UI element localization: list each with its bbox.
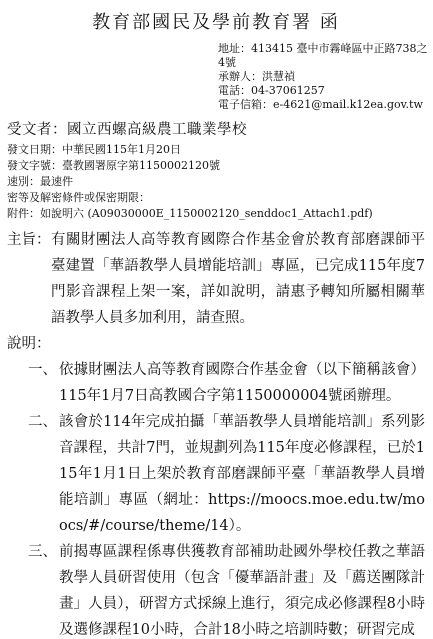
meta-security: 密等及解密條件或保密期限： xyxy=(7,190,425,206)
item-2-label: 二、 xyxy=(28,409,59,539)
item-1-text: 依據財團法人高等教育國際合作基金會（以下簡稱該會）115年1月7日高教國合字第1… xyxy=(59,357,425,409)
explanation-item-2: 二、 該會於114年完成拍攝「華語教學人員增能培訓」系列影音課程，共計7門，並規… xyxy=(28,409,425,539)
item-1-label: 一、 xyxy=(28,357,59,409)
meta-attachment: 附件：如說明六 (A09030000E_1150002120_senddoc1_… xyxy=(7,206,425,222)
meta-doc-number: 發文字號：臺教國署原字第1150002120號 xyxy=(7,158,425,174)
meta-block: 發文日期：中華民國115年1月20日 發文字號：臺教國署原字第115000212… xyxy=(7,142,425,222)
subject-label: 主旨： xyxy=(7,227,51,331)
explanation-label: 說明： xyxy=(7,331,425,357)
item-3-text: 前揭專區課程係專供獲教育部補助赴國外學校任教之華語教學人員研習使用（包含「優華語… xyxy=(59,539,425,639)
meta-date: 發文日期：中華民國115年1月20日 xyxy=(7,142,425,158)
recipient-line: 受文者：國立西螺高級農工職業學校 xyxy=(7,120,425,140)
contact-phone: 電話：04-37061257 xyxy=(218,84,430,98)
meta-priority: 速別：最速件 xyxy=(7,174,425,190)
document-title: 教育部國民及學前教育署 函 xyxy=(7,10,425,36)
item-2-text: 該會於114年完成拍攝「華語教學人員增能培訓」系列影音課程，共計7門，並規劃列為… xyxy=(59,409,425,539)
explanation-item-3: 三、 前揭專區課程係專供獲教育部補助赴國外學校任教之華語教學人員研習使用（包含「… xyxy=(28,539,425,639)
contact-email: 電子信箱：e-4621@mail.k12ea.gov.tw xyxy=(218,98,430,112)
explanation-item-1: 一、 依據財團法人高等教育國際合作基金會（以下簡稱該會）115年1月7日高教國合… xyxy=(28,357,425,409)
contact-block: 地址：413415 臺中市霧峰區中正路738之4號 承辦人：洪慧禎 電話：04-… xyxy=(218,42,430,112)
contact-person: 承辦人：洪慧禎 xyxy=(218,70,430,84)
item-3-label: 三、 xyxy=(28,539,59,639)
contact-address: 地址：413415 臺中市霧峰區中正路738之4號 xyxy=(218,42,430,70)
subject-section: 主旨： 有關財團法人高等教育國際合作基金會於教育部磨課師平臺建置「華語教學人員增… xyxy=(7,227,425,331)
official-letter: 教育部國民及學前教育署 函 地址：413415 臺中市霧峰區中正路738之4號 … xyxy=(0,0,433,639)
subject-text: 有關財團法人高等教育國際合作基金會於教育部磨課師平臺建置「華語教學人員增能培訓」… xyxy=(51,227,425,331)
